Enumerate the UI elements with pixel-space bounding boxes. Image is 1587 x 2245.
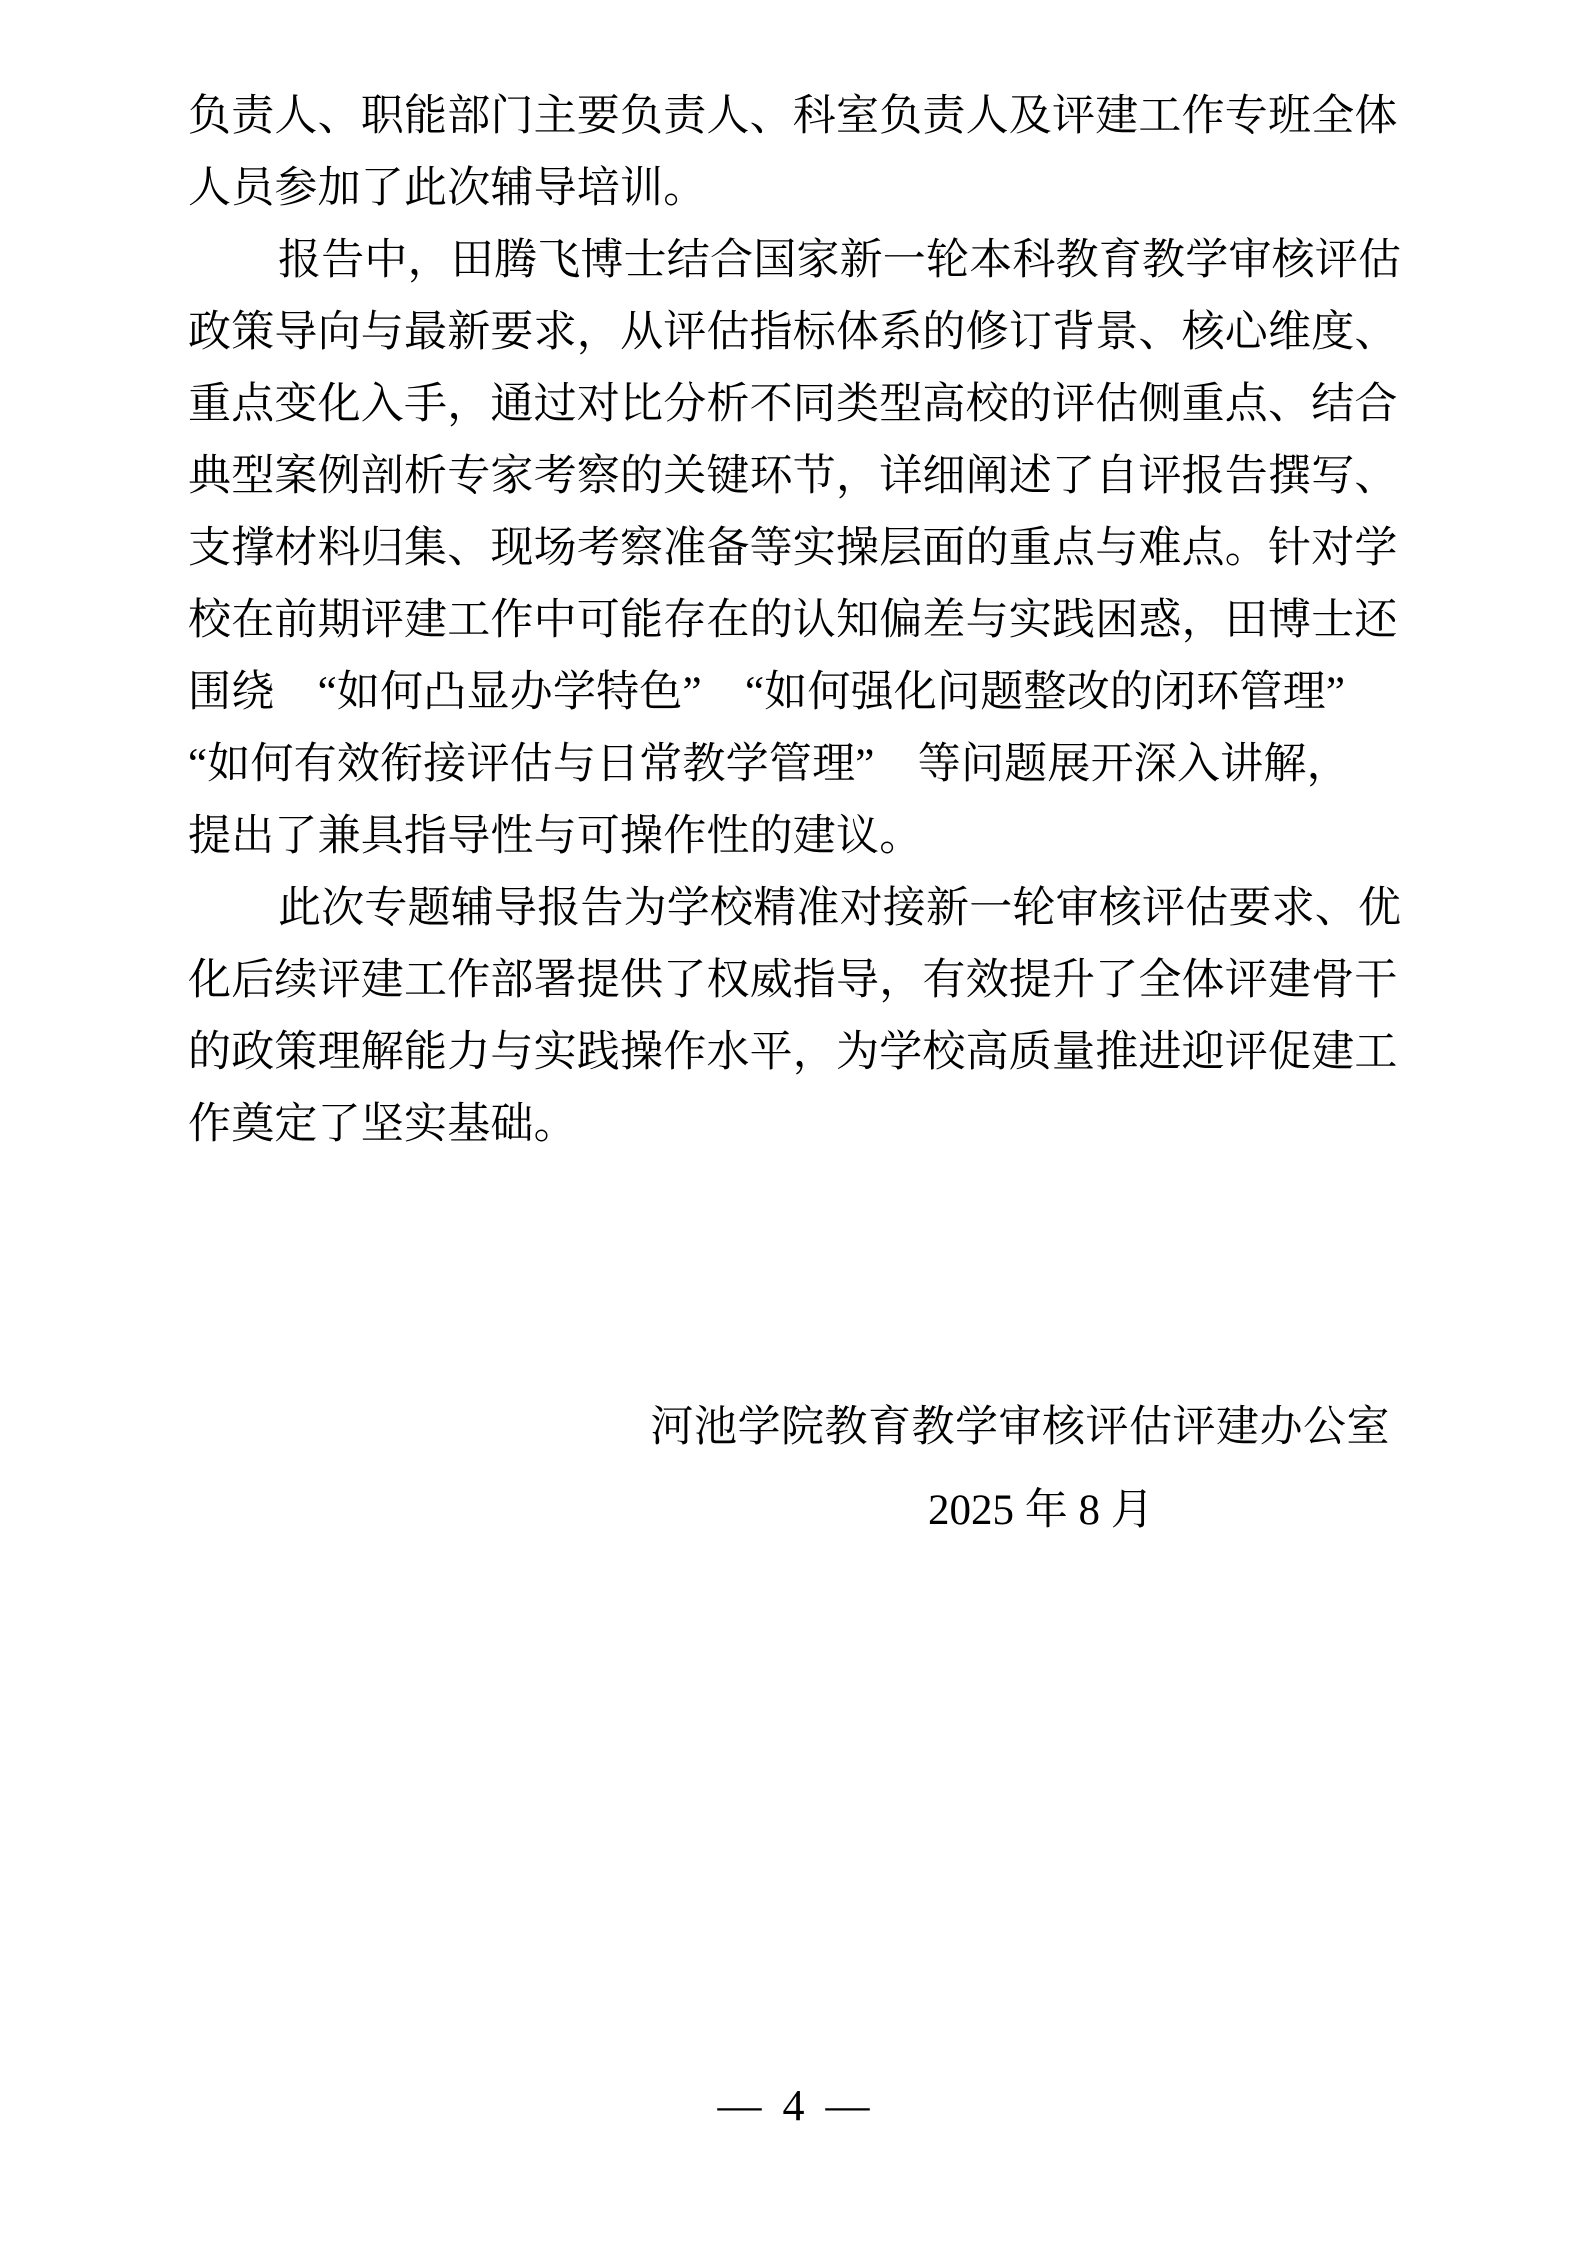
document-page: 负责人、职能部门主要负责人、科室负责人及评建工作专班全体 人员参加了此次辅导培训… [0, 0, 1587, 2245]
document-body: 负责人、职能部门主要负责人、科室负责人及评建工作专班全体 人员参加了此次辅导培训… [188, 81, 1400, 1161]
body-line: 人员参加了此次辅导培训。 [188, 153, 1400, 225]
body-line: 负责人、职能部门主要负责人、科室负责人及评建工作专班全体 [188, 81, 1400, 153]
paragraph-3: 此次专题辅导报告为学校精准对接新一轮审核评估要求、优 化后续评建工作部署提供了权… [188, 873, 1400, 1161]
body-line: “如何有效衔接评估与日常教学管理” 等问题展开深入讲解， [188, 729, 1400, 801]
body-line: 此次专题辅导报告为学校精准对接新一轮审核评估要求、优 [188, 873, 1400, 945]
body-line: 的政策理解能力与实践操作水平，为学校高质量推进迎评促建工 [188, 1017, 1400, 1089]
signature-date: 2025 年 8 月 [928, 1475, 1154, 1547]
body-line: 围绕 “如何凸显办学特色” “如何强化问题整改的闭环管理” [188, 657, 1400, 729]
body-line: 重点变化入手，通过对比分析不同类型高校的评估侧重点、结合 [188, 369, 1400, 441]
body-line: 报告中，田腾飞博士结合国家新一轮本科教育教学审核评估 [188, 225, 1400, 297]
body-line: 典型案例剖析专家考察的关键环节，详细阐述了自评报告撰写、 [188, 441, 1400, 513]
paragraph-2: 报告中，田腾飞博士结合国家新一轮本科教育教学审核评估 政策导向与最新要求，从评估… [188, 225, 1400, 873]
page-footer: — 4 — [0, 2080, 1587, 2132]
body-line: 化后续评建工作部署提供了权威指导，有效提升了全体评建骨干 [188, 945, 1400, 1017]
page-number: — 4 — [718, 2081, 870, 2130]
body-line: 提出了兼具指导性与可操作性的建议。 [188, 801, 1400, 873]
body-line: 支撑材料归集、现场考察准备等实操层面的重点与难点。针对学 [188, 513, 1400, 585]
body-line: 作奠定了坚实基础。 [188, 1089, 1400, 1161]
signature-office: 河池学院教育教学审核评估评建办公室 [651, 1392, 1391, 1464]
body-line: 校在前期评建工作中可能存在的认知偏差与实践困惑，田博士还 [188, 585, 1400, 657]
paragraph-1: 负责人、职能部门主要负责人、科室负责人及评建工作专班全体 人员参加了此次辅导培训… [188, 81, 1400, 225]
body-line: 政策导向与最新要求，从评估指标体系的修订背景、核心维度、 [188, 297, 1400, 369]
